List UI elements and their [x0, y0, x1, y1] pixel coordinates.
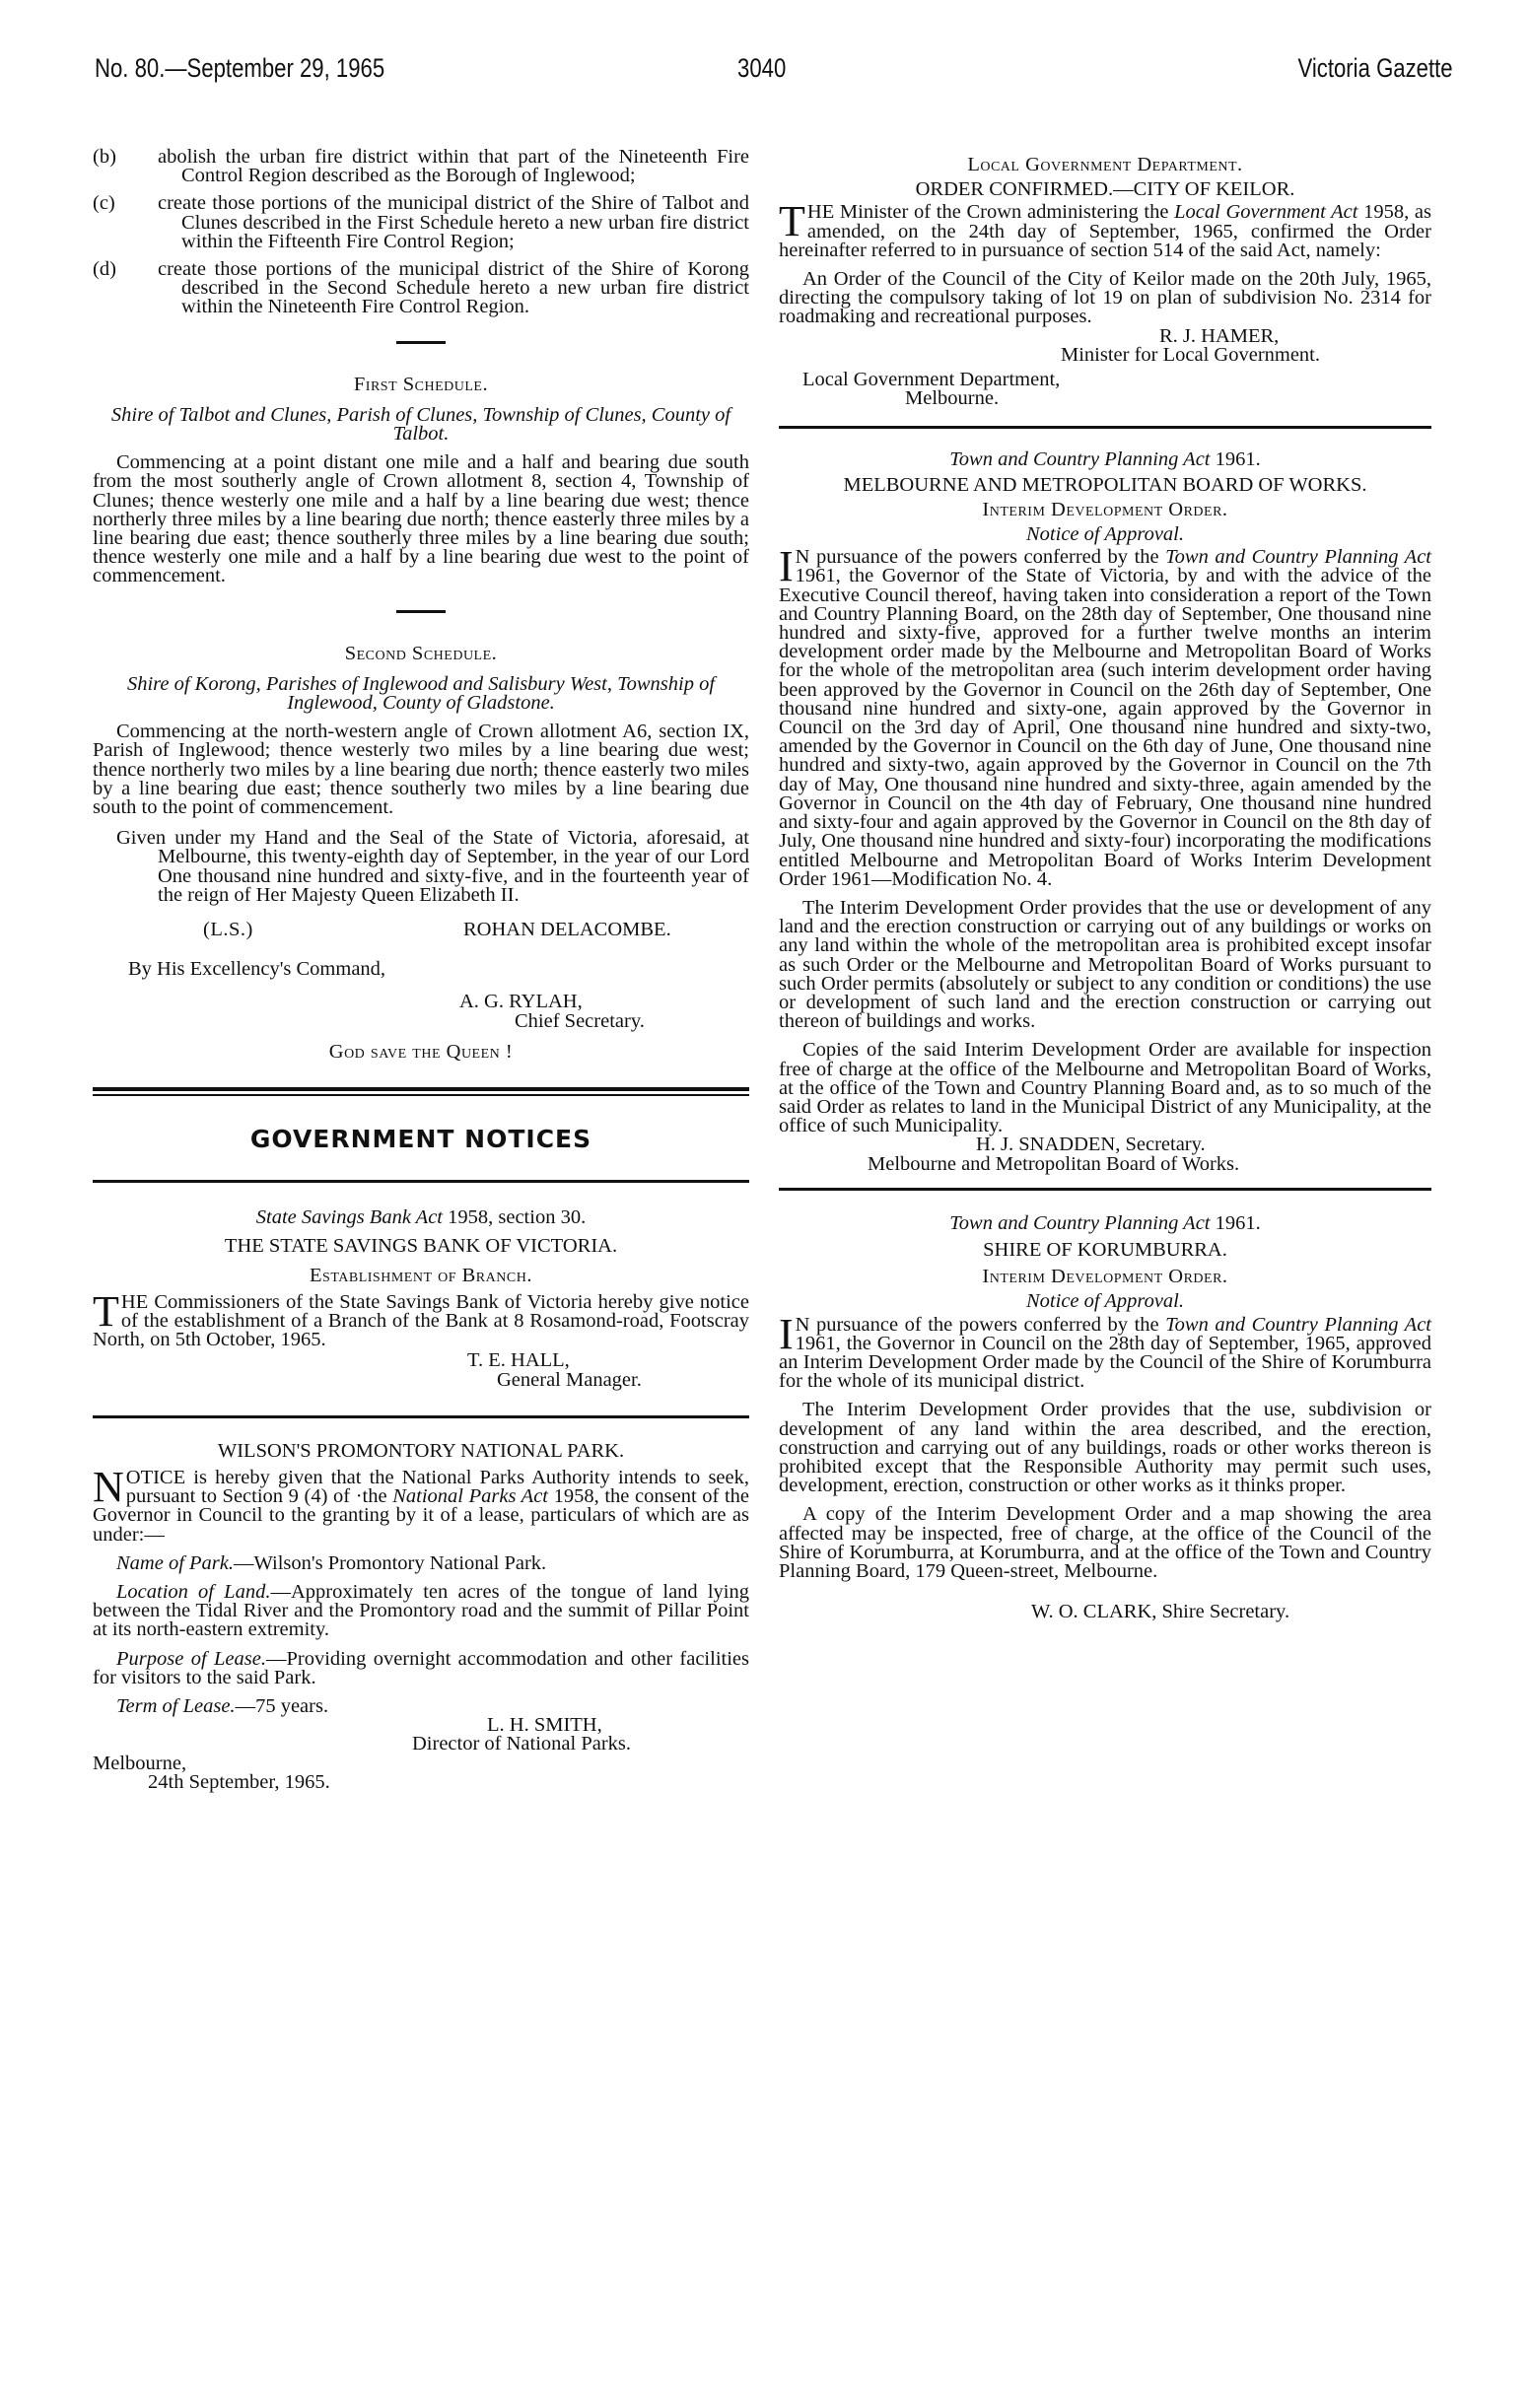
first-schedule-title: First Schedule.	[93, 376, 749, 394]
bank-signatory: T. E. HALL,	[93, 1351, 749, 1370]
bank-subtitle: Establishment of Branch.	[93, 1267, 749, 1285]
mmbw-para-2: The Interim Development Order provides t…	[779, 899, 1431, 1031]
keilor-order: An Order of the Council of the City of K…	[779, 270, 1431, 327]
korumburra-para-2: The Interim Development Order provides t…	[779, 1401, 1431, 1495]
mmbw-notice-heading: Notice of Approval.	[779, 525, 1431, 544]
seal-row: (L.S.) ROHAN DELACOMBE.	[93, 921, 749, 950]
first-schedule-subtitle: Shire of Talbot and Clunes, Parish of Cl…	[103, 406, 739, 444]
clause-d: (d) create those portions of the municip…	[93, 260, 749, 317]
park-place: Melbourne,	[93, 1754, 749, 1773]
divider	[396, 341, 446, 344]
second-schedule-body: Commencing at the north-western angle of…	[93, 722, 749, 817]
bank-signatory-title: General Manager.	[93, 1371, 749, 1390]
korumburra-subtitle: Interim Development Order.	[779, 1268, 1431, 1286]
divider	[396, 610, 446, 613]
clause-c: (c) create those portions of the municip…	[93, 194, 749, 251]
korumburra-signatory: W. O. CLARK, Shire Secretary.	[779, 1603, 1431, 1621]
bank-act-line: State Savings Bank Act 1958, section 30.	[93, 1208, 749, 1227]
command: By His Excellency's Command,	[93, 960, 749, 979]
first-schedule-body: Commencing at a point distant one mile a…	[93, 453, 749, 585]
divider	[93, 1180, 749, 1183]
keilor-signatory-title: Minister for Local Government.	[779, 346, 1431, 365]
korumburra-title: SHIRE OF KORUMBURRA.	[779, 1241, 1431, 1260]
keilor-office: Local Government Department,	[779, 371, 1431, 389]
korumburra-notice-heading: Notice of Approval.	[779, 1292, 1431, 1311]
park-signatory-title: Director of National Parks.	[93, 1735, 749, 1754]
keilor-signatory: R. J. HAMER,	[779, 327, 1431, 346]
publication-title: Victoria Gazette	[1298, 53, 1453, 84]
issue-date: No. 80.—September 29, 1965	[95, 53, 384, 84]
right-column: Local Government Department. ORDER CONFI…	[779, 148, 1431, 1621]
keilor-department: Local Government Department.	[779, 156, 1431, 174]
park-item-purpose: Purpose of Lease.—Providing overnight ac…	[93, 1650, 749, 1687]
mmbw-act-line: Town and Country Planning Act 1961.	[779, 450, 1431, 469]
dropcap: N	[93, 1471, 124, 1504]
mmbw-title: MELBOURNE AND METROPOLITAN BOARD OF WORK…	[779, 476, 1431, 495]
page-header: No. 80.—September 29, 1965 3040 Victoria…	[0, 53, 1530, 93]
korumburra-act-line: Town and Country Planning Act 1961.	[779, 1214, 1431, 1233]
park-item-term: Term of Lease.—75 years.	[93, 1697, 749, 1716]
park-title: WILSON'S PROMONTORY NATIONAL PARK.	[93, 1442, 749, 1461]
clause-b: (b) abolish the urban fire district with…	[93, 148, 749, 185]
bank-title: THE STATE SAVINGS BANK OF VICTORIA.	[93, 1237, 749, 1256]
bank-body: THE Commissioners of the State Savings B…	[93, 1293, 749, 1350]
mmbw-signatory-org: Melbourne and Metropolitan Board of Work…	[779, 1155, 1431, 1174]
park-body: NOTICE is hereby given that the National…	[93, 1469, 749, 1545]
page-number: 3040	[737, 53, 786, 84]
given-under: Given under my Hand and the Seal of the …	[93, 829, 749, 905]
gazette-page: No. 80.—September 29, 1965 3040 Victoria…	[0, 0, 1530, 2408]
park-item-name: Name of Park.—Wilson's Promontory Nation…	[93, 1554, 749, 1573]
korumburra-body: IN pursuance of the powers conferred by …	[779, 1316, 1431, 1392]
divider	[93, 1415, 749, 1418]
mmbw-signatory: H. J. SNADDEN, Secretary.	[779, 1135, 1431, 1154]
signatory: A. G. RYLAH,	[93, 993, 749, 1011]
dropcap: T	[779, 205, 805, 239]
keilor-office-place: Melbourne.	[779, 389, 1431, 408]
park-date: 24th September, 1965.	[93, 1773, 749, 1792]
dropcap: T	[93, 1295, 119, 1329]
keilor-title: ORDER CONFIRMED.—CITY OF KEILOR.	[779, 180, 1431, 199]
second-schedule-subtitle: Shire of Korong, Parishes of Inglewood a…	[93, 675, 749, 713]
left-column: (b) abolish the urban fire district with…	[93, 148, 749, 1792]
mmbw-subtitle: Interim Development Order.	[779, 501, 1431, 519]
dropcap: I	[779, 550, 794, 584]
park-item-location: Location of Land.—Approximately ten acre…	[93, 1583, 749, 1640]
seal: (L.S.)	[203, 921, 253, 939]
dropcap: I	[779, 1318, 794, 1351]
god-save-queen: God save the Queen !	[93, 1043, 749, 1062]
korumburra-para-3: A copy of the Interim Development Order …	[779, 1505, 1431, 1581]
divider	[779, 1188, 1431, 1191]
mmbw-para-3: Copies of the said Interim Development O…	[779, 1041, 1431, 1135]
section-banner: GOVERNMENT NOTICES	[93, 1130, 749, 1148]
keilor-body: THE Minister of the Crown administering …	[779, 203, 1431, 260]
double-rule	[93, 1087, 749, 1096]
governor-name: ROHAN DELACOMBE.	[463, 921, 671, 939]
second-schedule-title: Second Schedule.	[93, 645, 749, 663]
mmbw-body: IN pursuance of the powers conferred by …	[779, 548, 1431, 889]
divider	[779, 426, 1431, 429]
signatory-title: Chief Secretary.	[93, 1012, 749, 1031]
